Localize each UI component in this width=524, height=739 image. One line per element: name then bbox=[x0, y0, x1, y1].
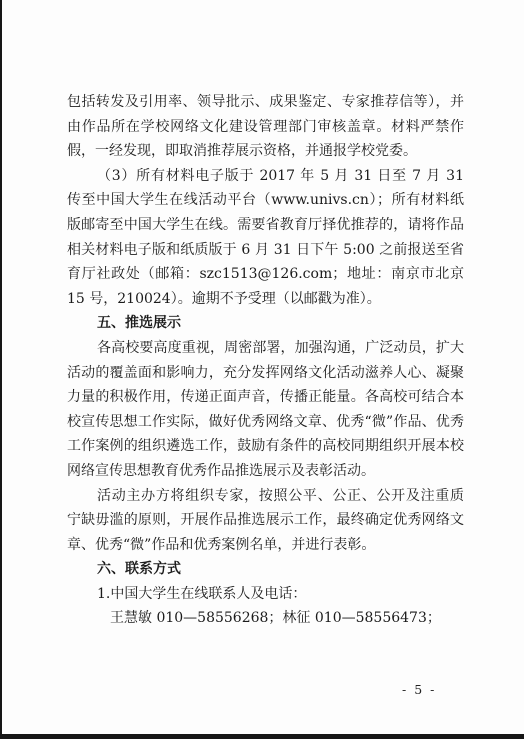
paragraph-line: 活动主办方将组织专家，按照公平、公正、公开及注重质量、 bbox=[67, 484, 464, 509]
paragraph-line: 活动的覆盖面和影响力，充分发挥网络文化活动滋养人心、凝聚 bbox=[67, 361, 464, 386]
scan-left-edge-line bbox=[0, 0, 2, 739]
paragraph-line: 宁缺毋滥的原则，开展作品推选展示工作，最终确定优秀网络文 bbox=[67, 508, 464, 533]
page-number: - 5 - bbox=[402, 682, 436, 697]
paragraph-line: 育厅社政处（邮箱：szc1513@126.com；地址：南京市北京西路 bbox=[67, 262, 464, 287]
paragraph-line: 工作案例的组织遴选工作，鼓励有条件的高校同期组织开展本校 bbox=[67, 434, 464, 459]
paragraph-line: 章、优秀“微”作品和优秀案例名单，并进行表彰。 bbox=[67, 533, 464, 558]
paragraph-line: 版邮寄至中国大学生在线。需要省教育厅择优推荐的，请将作品 bbox=[67, 213, 464, 238]
paragraph-line: 相关材料电子版和纸质版于 6 月 31 日下午 5:00 之前报送至省教 bbox=[67, 238, 464, 263]
paragraph-line: 传至中国大学生在线活动平台（www.univs.cn）；所有材料纸质 bbox=[67, 188, 464, 213]
paragraph-line: 包括转发及引用率、领导批示、成果鉴定、专家推荐信等），并 bbox=[67, 90, 464, 115]
section-heading-6: 六、联系方式 bbox=[67, 557, 464, 582]
section-heading-5: 五、推选展示 bbox=[67, 311, 464, 336]
paragraph-line: （3）所有材料电子版于 2017 年 5 月 31 日至 7 月 31 日，上 bbox=[67, 164, 464, 189]
contact-numbers-line: 王慧敏 010—58556268；林征 010—58556473； bbox=[67, 606, 464, 631]
paragraph-line: 15 号，210024）。逾期不予受理（以邮戳为准）。 bbox=[67, 287, 464, 312]
contact-intro-line: 1.中国大学生在线联系人及电话： bbox=[67, 582, 464, 607]
document-page: 包括转发及引用率、领导批示、成果鉴定、专家推荐信等），并 由作品所在学校网络文化… bbox=[0, 0, 524, 739]
scan-bottom-edge-line bbox=[0, 734, 524, 739]
paragraph-line: 由作品所在学校网络文化建设管理部门审核盖章。材料严禁作 bbox=[67, 115, 464, 140]
paragraph-line: 假，一经发现，即取消推荐展示资格，并通报学校党委。 bbox=[67, 139, 464, 164]
document-body: 包括转发及引用率、领导批示、成果鉴定、专家推荐信等），并 由作品所在学校网络文化… bbox=[67, 90, 464, 631]
paragraph-line: 校宣传思想工作实际，做好优秀网络文章、优秀“微”作品、优秀 bbox=[67, 410, 464, 435]
paragraph-line: 力量的积极作用，传递正面声音，传播正能量。各高校可结合本 bbox=[67, 385, 464, 410]
paragraph-line: 网络宣传思想教育优秀作品推选展示及表彰活动。 bbox=[67, 459, 464, 484]
paragraph-line: 各高校要高度重视，周密部署，加强沟通，广泛动员，扩大 bbox=[67, 336, 464, 361]
